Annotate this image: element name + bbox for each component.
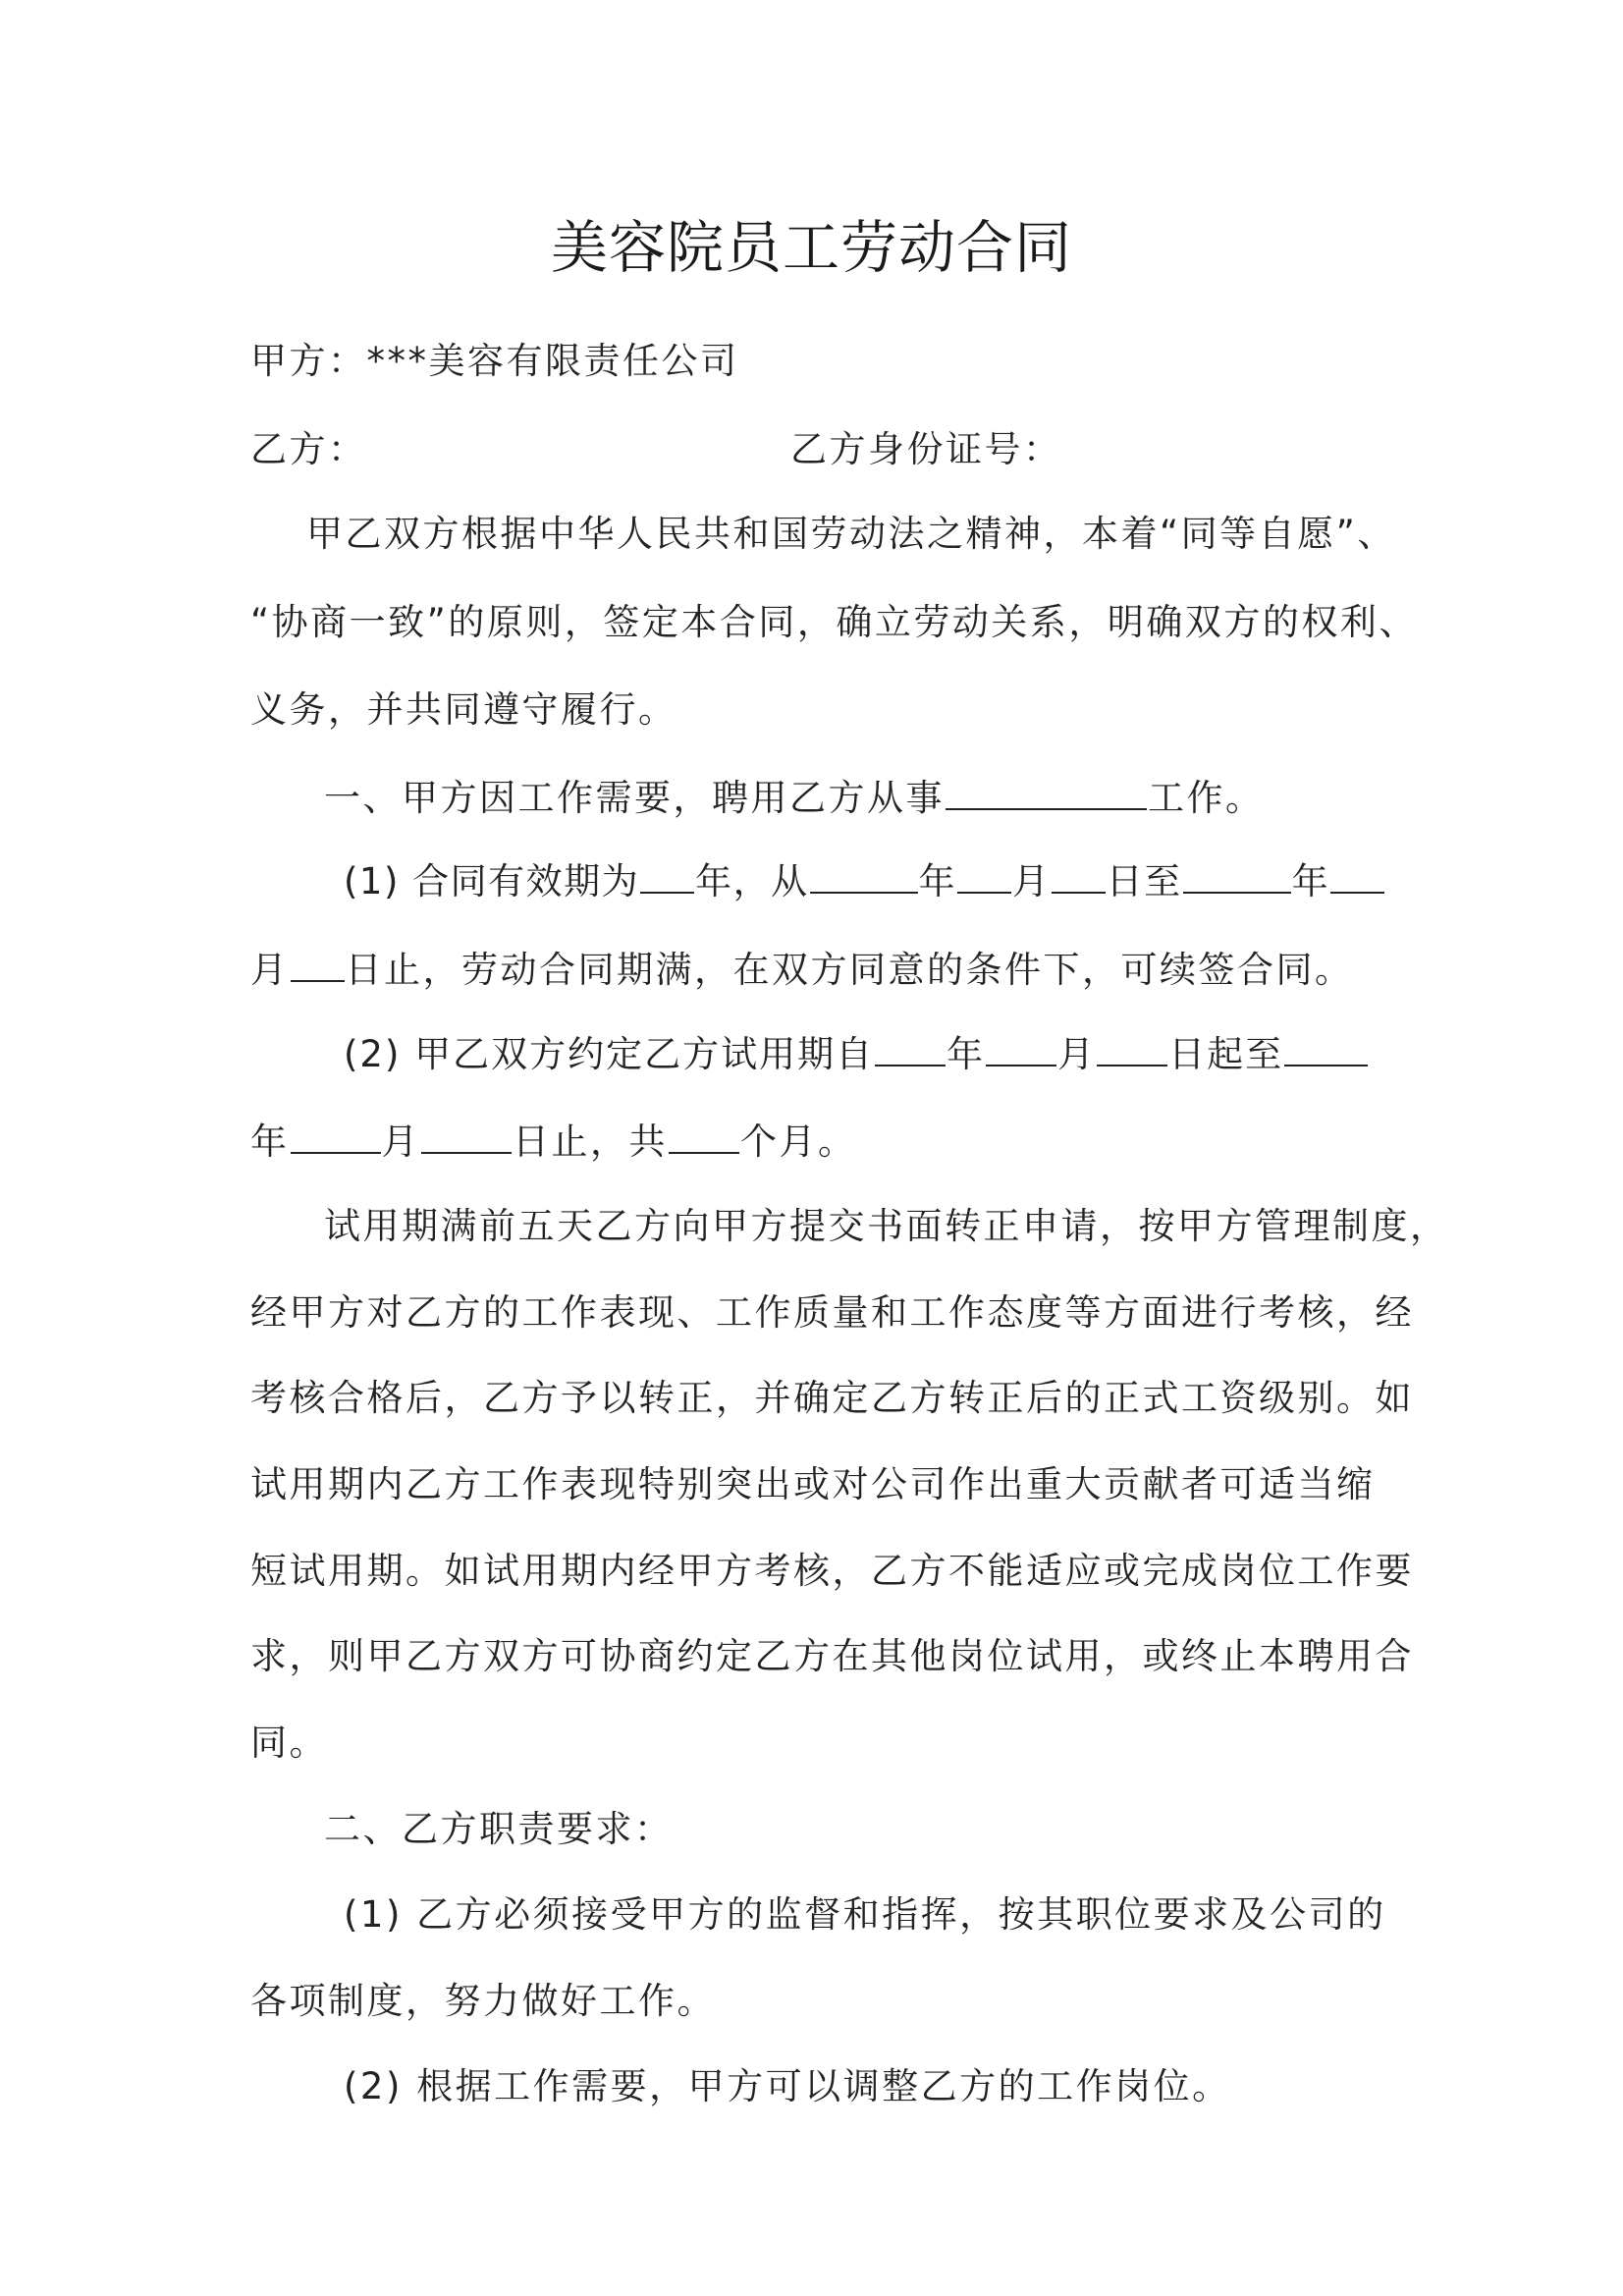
preamble-line-1: 甲乙双方根据中华人民共和国劳动法之精神，本着“同等自愿”、 — [250, 510, 1399, 559]
blank — [421, 1117, 512, 1154]
term-text: 月 — [1012, 860, 1051, 902]
blank — [291, 945, 345, 982]
section2-heading: 二、乙方职责要求： — [250, 1805, 1473, 1854]
probation-para-5: 短试用期。如试用期内经甲方考核，乙方不能适应或完成岗位工作要 — [250, 1547, 1399, 1596]
document-page: 美容院员工劳动合同 甲方：***美容有限责任公司 乙方： 乙方身份证号： 甲乙双… — [0, 0, 1623, 2296]
term-line-1: (1) 合同有效期为年，从年月日至年 — [250, 856, 1492, 906]
duty-1-line-2: 各项制度，努力做好工作。 — [250, 1977, 1399, 2026]
job-blank — [946, 773, 1147, 810]
probation-text: 月 — [382, 1121, 421, 1163]
duty-1-line-1: (1) 乙方必须接受甲方的监督和指挥，按其职位要求及公司的 — [250, 1890, 1492, 1940]
probation-para-7: 同。 — [250, 1719, 1399, 1768]
party-b-id-label: 乙方身份证号： — [790, 425, 1062, 474]
section1-heading-end: 工作。 — [1148, 777, 1265, 819]
blank — [640, 856, 694, 894]
probation-para-1: 试用期满前五天乙方向甲方提交书面转正申请，按甲方管理制度， — [250, 1202, 1399, 1251]
blank — [291, 1117, 381, 1154]
term-text: 日至 — [1107, 860, 1182, 902]
blank — [1330, 856, 1384, 894]
probation-text: 日起至 — [1168, 1033, 1283, 1075]
term-text: 年 — [1292, 860, 1330, 902]
term-line-2: 月日止，劳动合同期满，在双方同意的条件下，可续签合同。 — [250, 945, 1399, 995]
probation-text: (2) 甲乙双方约定乙方试用期自 — [344, 1033, 874, 1075]
section1-heading: 一、甲方因工作需要，聘用乙方从事工作。 — [250, 773, 1473, 823]
probation-line-2: 年月日止，共个月。 — [250, 1117, 1399, 1167]
probation-para-6: 求，则甲乙方双方可协商约定乙方在其他岗位试用，或终止本聘用合 — [250, 1632, 1399, 1681]
term-text: 日止，劳动合同期满，在双方同意的条件下，可续签合同。 — [346, 949, 1354, 991]
blank — [1183, 856, 1291, 894]
section1-heading-text: 一、甲方因工作需要，聘用乙方从事 — [324, 777, 945, 819]
probation-text: 月 — [1057, 1033, 1096, 1075]
blank — [957, 856, 1011, 894]
probation-text: 年 — [250, 1121, 290, 1163]
party-b-label: 乙方： — [250, 428, 367, 470]
probation-para-2: 经甲方对乙方的工作表现、工作质量和工作态度等方面进行考核，经 — [250, 1288, 1399, 1338]
party-a: 甲方：***美容有限责任公司 — [250, 337, 1399, 386]
probation-line-1: (2) 甲乙双方约定乙方试用期自年月日起至 — [250, 1029, 1492, 1079]
probation-text: 年 — [947, 1033, 985, 1075]
probation-text: 个月。 — [740, 1121, 857, 1163]
probation-text: 日止，共 — [513, 1121, 668, 1163]
preamble-line-2: “协商一致”的原则，签定本合同，确立劳动关系，明确双方的权利、 — [250, 598, 1399, 647]
document-title: 美容院员工劳动合同 — [0, 201, 1623, 284]
blank — [1052, 856, 1106, 894]
blank — [1284, 1029, 1368, 1066]
duty-2: (2) 根据工作需要，甲方可以调整乙方的工作岗位。 — [250, 2062, 1492, 2111]
term-text: 月 — [250, 949, 290, 991]
probation-para-3: 考核合格后，乙方予以转正，并确定乙方转正后的正式工资级别。如 — [250, 1374, 1399, 1423]
party-b-row: 乙方： 乙方身份证号： — [250, 425, 1399, 474]
term-text: 年 — [919, 860, 957, 902]
blank — [1097, 1029, 1167, 1066]
term-text: 年，从 — [695, 860, 809, 902]
probation-para-4: 试用期内乙方工作表现特别突出或对公司作出重大贡献者可适当缩 — [250, 1460, 1399, 1509]
preamble-line-3: 义务，并共同遵守履行。 — [250, 685, 1399, 735]
blank — [810, 856, 918, 894]
term-text: (1) 合同有效期为 — [344, 860, 639, 902]
blank — [669, 1117, 739, 1154]
blank — [875, 1029, 946, 1066]
blank — [986, 1029, 1056, 1066]
